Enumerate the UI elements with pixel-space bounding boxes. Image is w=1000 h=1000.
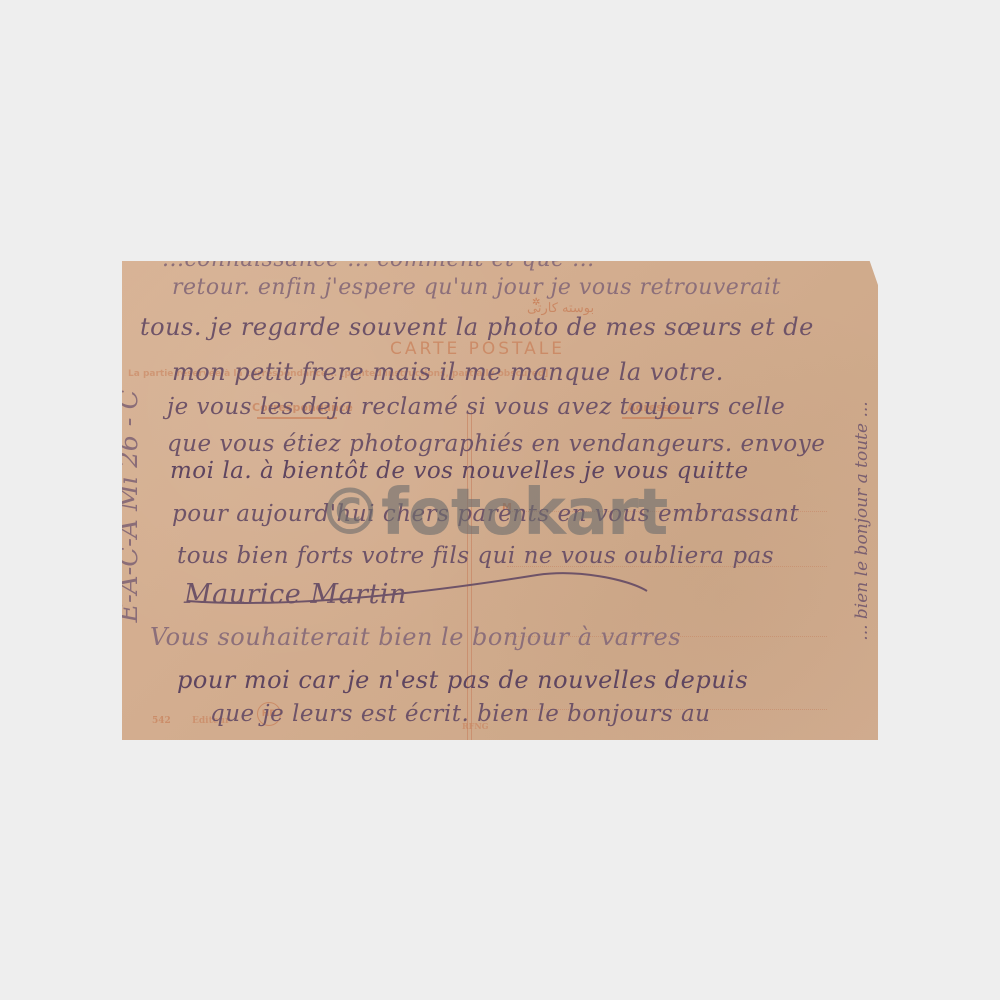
handwriting-cut-line: ...connaissance ... comment et que ... <box>162 261 595 272</box>
handwriting-line: je vous les deja reclamé si vous avez to… <box>167 394 785 420</box>
handwriting-line: pour moi car je n'est pas de nouvelles d… <box>177 666 748 694</box>
handwriting-line: tous. je regarde souvent la photo de mes… <box>140 313 814 341</box>
right-margin-handwriting: ... bien le bonjour a toute ... <box>852 371 872 671</box>
postcard-title: CARTE POSTALE <box>390 339 565 359</box>
watermark: ©fotokart <box>318 476 667 550</box>
signature-flourish <box>177 571 657 611</box>
handwriting-line: retour. enfin j'espere qu'un jour je vou… <box>172 275 781 300</box>
footer-number: 542 <box>152 716 171 726</box>
left-margin-handwriting: E-A-C-A Mi 26 - C <box>122 296 144 716</box>
handwriting-line: que je leurs est écrit. bien le bonjours… <box>210 701 710 727</box>
handwriting-line: Vous souhaiterait bien le bonjour à varr… <box>150 623 681 651</box>
handwriting-line: que vous étiez photographiés en vendange… <box>167 431 825 457</box>
postcard: ✲ بوسته کارتی CARTE POSTALE La partie ré… <box>122 261 878 740</box>
handwriting-line: mon petit frere mais il me manque la vot… <box>172 358 724 386</box>
